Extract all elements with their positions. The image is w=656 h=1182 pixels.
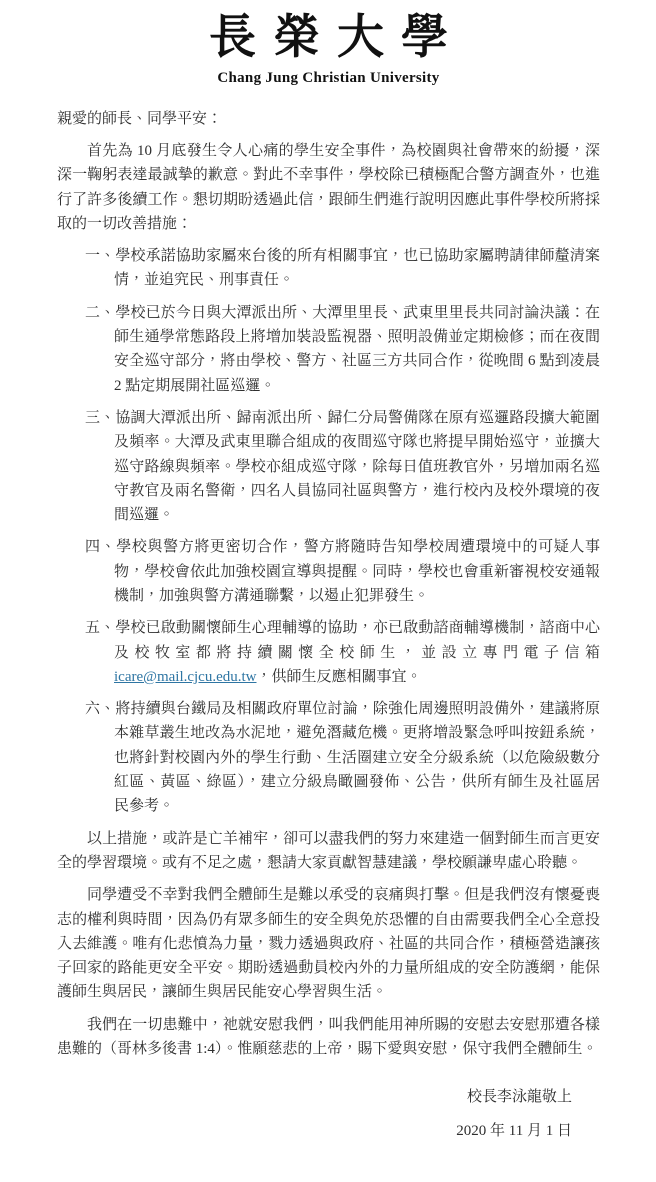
item-text: 學校與警方將更密切合作，警方將隨時告知學校周遭環境中的可疑人事物，學校會依此加強… — [114, 539, 600, 604]
closing-paragraph: 同學遭受不幸對我們全體師生是難以承受的哀痛與打擊。但是我們沒有懷憂喪志的權利與時… — [57, 883, 600, 1004]
list-item: 一、學校承諾協助家屬來台後的所有相關事宜，也已協助家屬聘請律師釐清案情，並追究民… — [57, 244, 600, 293]
university-logo-chinese: 長榮大學 — [57, 14, 600, 63]
item-text: 學校承諾協助家屬來台後的所有相關事宜，也已協助家屬聘請律師釐清案情，並追究民、刑… — [114, 248, 600, 288]
signature-name: 校長李泳龍敬上 — [57, 1085, 572, 1109]
item-number: 五、 — [85, 620, 115, 636]
list-item: 六、將持續與台鐵局及相關政府單位討論，除強化周邊照明設備外，建議將原本雜草叢生地… — [57, 697, 600, 818]
icare-email-link[interactable]: icare@mail.cjcu.edu.tw — [114, 669, 257, 685]
university-logo-english: Chang Jung Christian University — [57, 66, 600, 90]
item-text: 將持續與台鐵局及相關政府單位討論，除強化周邊照明設備外，建議將原本雜草叢生地改為… — [114, 701, 600, 814]
item-text: 學校已啟動關懷師生心理輔導的協助，亦已啟動諮商輔導機制，諮商中心及校牧室都將持續… — [114, 620, 600, 660]
closing-paragraph: 以上措施，或許是亡羊補牢，卻可以盡我們的努力來建造一個對師生而言更安全的學習環境… — [57, 827, 600, 876]
signature-block: 校長李泳龍敬上 2020 年 11 月 1 日 — [57, 1085, 600, 1143]
letter-page: 長榮大學 Chang Jung Christian University 親愛的… — [0, 0, 656, 1182]
closing-paragraph: 我們在一切患難中，祂就安慰我們，叫我們能用神所賜的安慰去安慰那遭各樣患難的（哥林… — [57, 1013, 600, 1062]
item-text: 學校已於今日與大潭派出所、大潭里里長、武東里里長共同討論決議：在師生通學常態路段… — [114, 305, 600, 394]
item-number: 一、 — [85, 248, 115, 264]
measures-list: 一、學校承諾協助家屬來台後的所有相關事宜，也已協助家屬聘請律師釐清案情，並追究民… — [57, 244, 600, 819]
item-text: 協調大潭派出所、歸南派出所、歸仁分局警備隊在原有巡邏路段擴大範圍及頻率。大潭及武… — [114, 410, 600, 523]
intro-paragraph: 首先為 10 月底發生令人心痛的學生安全事件，為校園與社會帶來的紛擾，深深一鞠躬… — [57, 139, 600, 236]
item-number: 六、 — [85, 701, 115, 717]
university-logo: 長榮大學 Chang Jung Christian University — [57, 14, 600, 91]
list-item: 五、學校已啟動關懷師生心理輔導的協助，亦已啟動諮商輔導機制，諮商中心及校牧室都將… — [57, 616, 600, 689]
item-number: 三、 — [85, 410, 115, 426]
salutation: 親愛的師長、同學平安： — [57, 107, 600, 131]
item-number: 二、 — [85, 305, 115, 321]
item-number: 四、 — [85, 539, 116, 555]
signature-date: 2020 年 11 月 1 日 — [57, 1119, 572, 1143]
list-item: 三、協調大潭派出所、歸南派出所、歸仁分局警備隊在原有巡邏路段擴大範圍及頻率。大潭… — [57, 406, 600, 527]
list-item: 四、學校與警方將更密切合作，警方將隨時告知學校周遭環境中的可疑人事物，學校會依此… — [57, 535, 600, 608]
list-item: 二、學校已於今日與大潭派出所、大潭里里長、武東里里長共同討論決議：在師生通學常態… — [57, 301, 600, 398]
item-text: ，供師生反應相關事宜。 — [257, 669, 422, 685]
